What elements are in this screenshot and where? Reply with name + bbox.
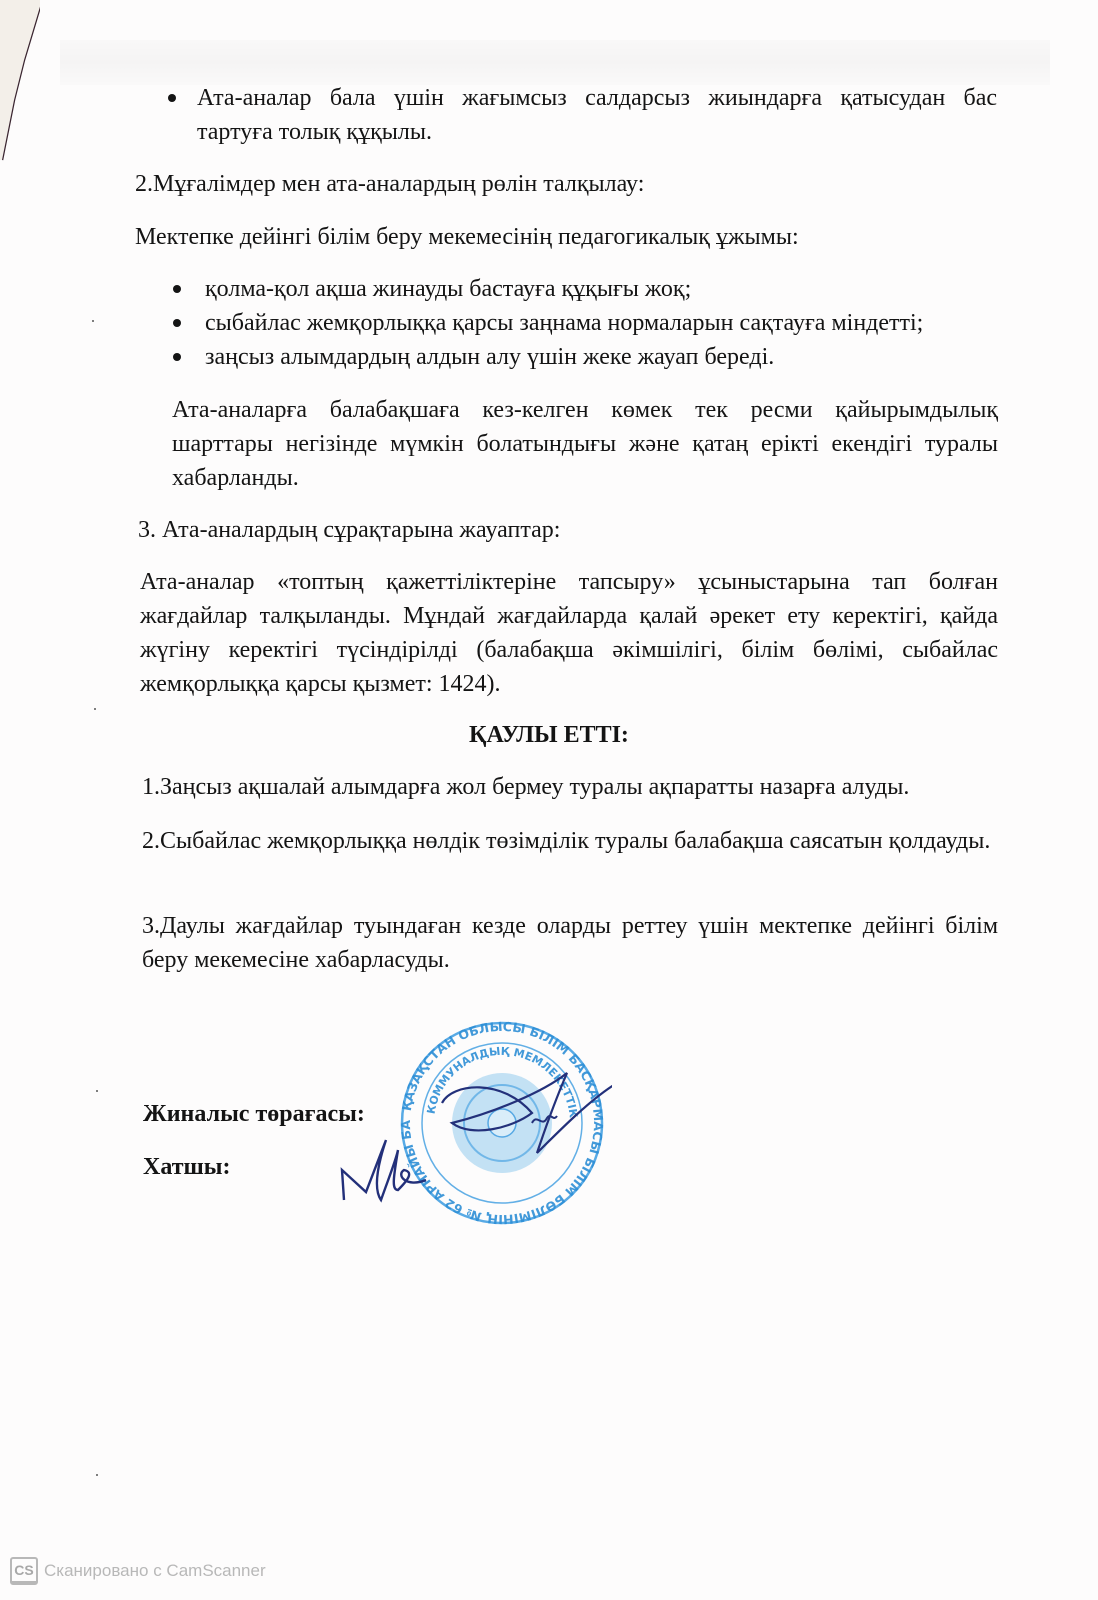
chairman-label: Жиналыс төрағасы:: [143, 1097, 365, 1131]
resolution-item-1: 1.Заңсыз ақшалай алымдарға жол бермеу ту…: [142, 770, 909, 804]
bullet-icon: [173, 353, 181, 361]
bullet-icon: [173, 285, 181, 293]
section-2-intro: Мектепке дейінгі білім беру мекемесінің …: [135, 220, 799, 254]
bullet-icon: [168, 94, 176, 102]
bullet-text: қолма-қол ақша жинауды бастауға құқығы ж…: [205, 276, 691, 302]
staff-duties-list: қолма-қол ақша жинауды бастауға құқығы ж…: [165, 272, 923, 374]
page-edge-shadow: [0, 0, 40, 170]
list-item: қолма-қол ақша жинауды бастауға құқығы ж…: [165, 272, 923, 306]
top-bullet-list: Ата-аналар бала үшін жағымсыз салдарсыз …: [160, 81, 997, 115]
section-2-paragraph: Ата-аналарға балабақшаға кез-келген көме…: [172, 393, 998, 495]
resolution-heading: ҚАУЛЫ ЕТТІ:: [0, 718, 1098, 752]
list-item: Ата-аналар бала үшін жағымсыз салдарсыз …: [160, 81, 997, 115]
bullet-text: сыбайлас жемқорлыққа қарсы заңнама норма…: [205, 310, 923, 336]
bullet-continuation: тартуға толық құқылы.: [197, 115, 432, 149]
secretary-signature-icon: [336, 1130, 436, 1210]
scanner-watermark: CS Сканировано с CamScanner: [10, 1556, 266, 1586]
bullet-icon: [173, 319, 181, 327]
secretary-label: Хатшы:: [143, 1150, 231, 1184]
watermark-text: Сканировано с CamScanner: [44, 1561, 266, 1581]
section-3-paragraph: Ата-аналар «топтың қажеттіліктеріне тапс…: [140, 565, 998, 701]
camscanner-logo-icon: CS: [10, 1557, 38, 1585]
section-2-heading: 2.Мұғалімдер мен ата-аналардың рөлін тал…: [135, 167, 644, 201]
scan-shading: [60, 40, 1050, 85]
resolution-item-3: 3.Даулы жағдайлар туындаған кезде оларды…: [142, 909, 998, 977]
scan-speck: [96, 1474, 98, 1476]
bullet-text: заңсыз алымдардың алдын алу үшін жеке жа…: [205, 344, 774, 370]
scan-speck: [94, 708, 96, 710]
bullet-text: Ата-аналар бала үшін жағымсыз салдарсыз …: [197, 85, 997, 111]
list-item: сыбайлас жемқорлыққа қарсы заңнама норма…: [165, 306, 923, 340]
resolution-item-2: 2.Сыбайлас жемқорлыққа нөлдік төзімділік…: [142, 824, 998, 858]
scan-speck: [92, 320, 94, 322]
list-item: заңсыз алымдардың алдын алу үшін жеке жа…: [165, 340, 923, 374]
section-3-heading: 3. Ата-аналардың сұрақтарына жауаптар:: [138, 513, 560, 547]
scan-speck: [96, 1090, 98, 1092]
